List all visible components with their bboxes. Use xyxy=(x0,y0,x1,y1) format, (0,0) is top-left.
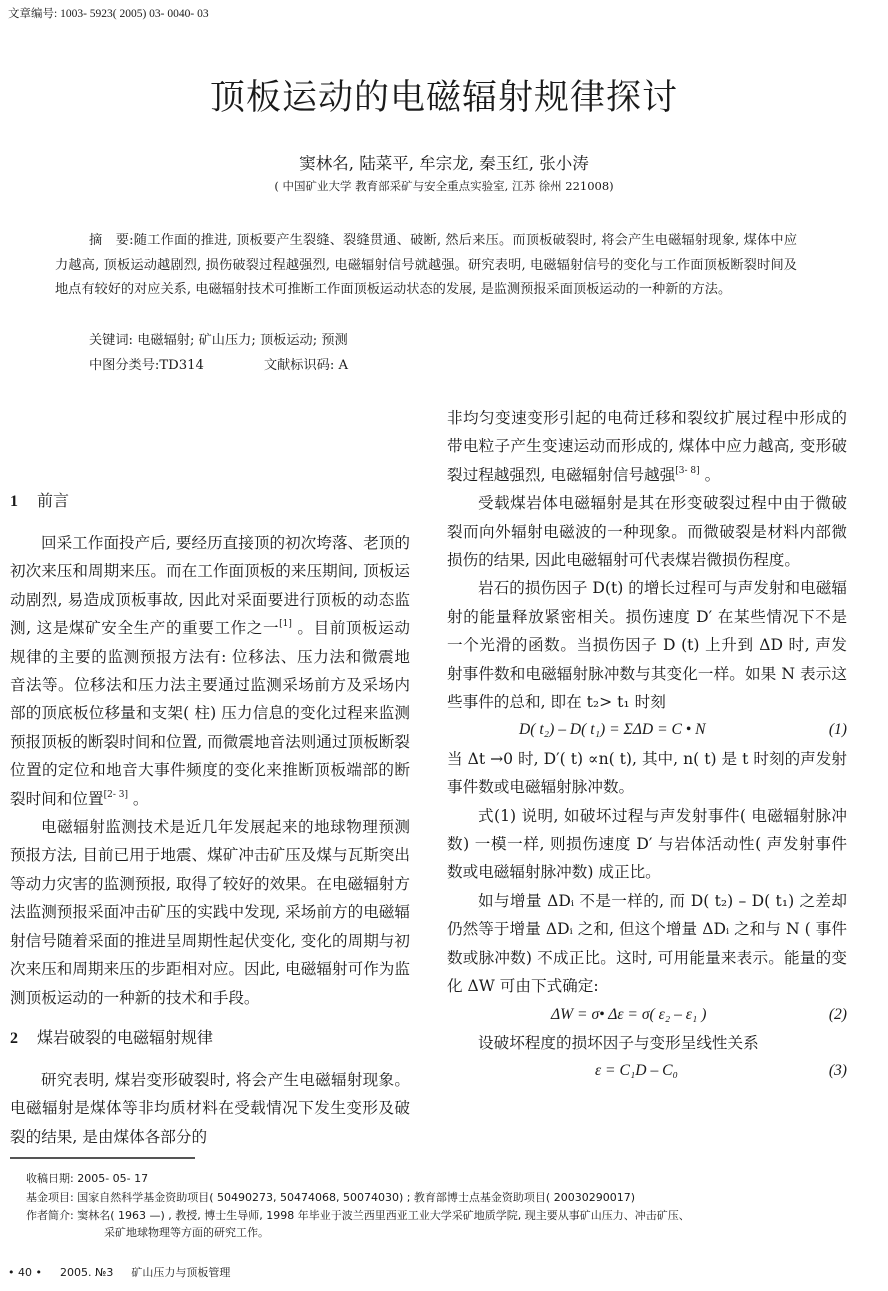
journal-name: 矿山压力与顶板管理 xyxy=(131,1266,230,1279)
paragraph: 回采工作面投产后, 要经历直接顶的初次垮落、老顶的初次来压和周期来压。而在工作面… xyxy=(10,529,410,813)
equation-number: (3) xyxy=(829,1057,847,1085)
page-number: • 40 • xyxy=(8,1266,42,1279)
section-title: 前言 xyxy=(37,491,69,510)
page-footer: • 40 •2005. №3矿山压力与顶板管理 xyxy=(8,1264,248,1280)
citation: [3- 8] xyxy=(675,466,699,476)
section-title: 煤岩破裂的电磁辐射规律 xyxy=(37,1028,213,1047)
doc-code-label: 文献标识码: xyxy=(264,354,334,373)
paragraph: 非均匀变速变形引起的电荷迁移和裂纹扩展过程中形成的带电粒子产生变速运动而形成的,… xyxy=(447,404,847,489)
section-number: 1 xyxy=(10,488,37,516)
equation-2: ΔW = σ• Δε = σ( ε₂ – ε₁ ) (2) xyxy=(447,1001,847,1029)
paragraph: 式(1) 说明, 如破坏过程与声发射事件( 电磁辐射脉冲数) 一模一样, 则损伤… xyxy=(447,802,847,887)
abstract: 摘 要:随工作面的推进, 顶板要产生裂缝、裂缝贯通、破断, 然后来压。而顶板破裂… xyxy=(55,229,797,303)
abstract-label: 摘 要: xyxy=(89,233,134,248)
paragraph-text: 。 xyxy=(700,466,721,484)
affiliation: ( 中国矿业大学 教育部采矿与安全重点实验室, 江苏 徐州 221008) xyxy=(0,178,888,194)
paragraph: 如与增量 ΔDᵢ 不是一样的, 而 D( t₂) – D( t₁) 之差却仍然等… xyxy=(447,887,847,1001)
citation: [1] xyxy=(279,619,292,629)
citation: [2- 3] xyxy=(104,790,128,800)
equation-3: ε = C₁D – C₀ (3) xyxy=(447,1057,847,1085)
issue: 2005. №3 xyxy=(60,1266,113,1279)
classification: 中图分类号:TD314文献标识码: A xyxy=(89,354,348,373)
paragraph-text: 非均匀变速变形引起的电荷迁移和裂纹扩展过程中形成的带电粒子产生变速运动而形成的,… xyxy=(447,409,847,484)
keywords-label: 关键词: xyxy=(89,333,133,348)
equation-expression: ΔW = σ• Δε = σ( ε₂ – ε₁ ) xyxy=(447,1001,706,1029)
paragraph: 设破坏程度的损坏因子与变形呈线性关系 xyxy=(447,1029,847,1057)
keywords: 关键词: 电磁辐射; 矿山压力; 顶板运动; 预测 xyxy=(89,329,348,354)
article-id: 文章编号: 1003- 5923( 2005) 03- 0040- 03 xyxy=(8,5,209,21)
right-column: 非均匀变速变形引起的电荷迁移和裂纹扩展过程中形成的带电粒子产生变速运动而形成的,… xyxy=(447,404,847,1086)
paragraph: 研究表明, 煤岩变形破裂时, 将会产生电磁辐射现象。电磁辐射是煤体等非均质材料在… xyxy=(10,1066,410,1151)
footnote-received: 收稿日期: 2005- 05- 17 xyxy=(26,1170,148,1187)
paragraph-text: 。目前顶板运动规律的主要的监测预报方法有: 位移法、压力法和微震地音法等。位移法… xyxy=(10,619,410,807)
equation-number: (2) xyxy=(829,1001,847,1029)
equation-expression: ε = C₁D – C₀ xyxy=(447,1057,678,1085)
keywords-text: 电磁辐射; 矿山压力; 顶板运动; 预测 xyxy=(137,333,348,348)
footnote-fund: 基金项目: 国家自然科学基金资助项目( 50490273, 50474068, … xyxy=(26,1189,635,1206)
paper-title: 顶板运动的电磁辐射规律探讨 xyxy=(0,70,888,120)
equation-number: (1) xyxy=(829,716,847,744)
paragraph-text: 。 xyxy=(128,790,149,808)
abstract-text: 随工作面的推进, 顶板要产生裂缝、裂缝贯通、破断, 然后来压。而顶板破裂时, 将… xyxy=(55,233,797,297)
clc-value: TD314 xyxy=(159,358,204,373)
equation-1: D( t₂) – D( t₁) = ΣΔD = C • N (1) xyxy=(447,716,847,744)
paragraph: 受载煤岩体电磁辐射是其在形变破裂过程中由于微破裂而向外辐射电磁波的一种现象。而微… xyxy=(447,489,847,574)
left-column: 1前言 回采工作面投产后, 要经历直接顶的初次垮落、老顶的初次来压和周期来压。而… xyxy=(10,487,410,1151)
footnote-bio: 作者简介: 窦林名( 1963 —) , 教授, 博士生导师, 1998 年毕业… xyxy=(26,1207,876,1241)
paragraph: 电磁辐射监测技术是近几年发展起来的地球物理预测预报方法, 目前已用于地震、煤矿冲… xyxy=(10,813,410,1012)
clc-label: 中图分类号: xyxy=(89,354,159,373)
paragraph: 当 Δt →0 时, D′( t) ∝n( t), 其中, n( t) 是 t … xyxy=(447,745,847,802)
section-number: 2 xyxy=(10,1025,37,1053)
authors: 窦林名, 陆菜平, 牟宗龙, 秦玉红, 张小涛 xyxy=(0,150,888,174)
paragraph: 岩石的损伤因子 D(t) 的增长过程可与声发射和电磁辐射的能量释放紧密相关。损伤… xyxy=(447,574,847,716)
equation-expression: D( t₂) – D( t₁) = ΣΔD = C • N xyxy=(447,716,706,744)
doc-code-value: A xyxy=(339,358,349,373)
section-heading-1: 1前言 xyxy=(10,487,410,515)
bio-continuation: 采矿地球物理等方面的研究工作。 xyxy=(26,1224,876,1241)
footnote-divider xyxy=(10,1157,195,1159)
bio-text: 作者简介: 窦林名( 1963 —) , 教授, 博士生导师, 1998 年毕业… xyxy=(26,1209,690,1222)
section-heading-2: 2煤岩破裂的电磁辐射规律 xyxy=(10,1024,410,1052)
